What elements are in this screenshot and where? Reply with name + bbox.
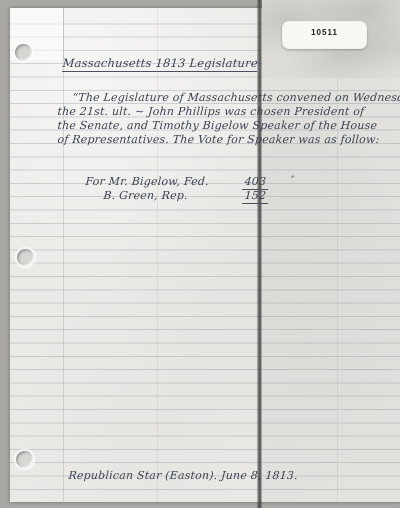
vote-candidate: B. Green, Rep. [103, 189, 188, 202]
catalog-number: 10511 [311, 28, 338, 37]
vote-candidate: For Mr. Bigelow, Fed. [85, 175, 209, 188]
source-citation: Republican Star (Easton). June 8, 1813. [68, 469, 298, 482]
vote-count: 403 [242, 175, 269, 190]
ditto-mark: ″ [290, 175, 295, 186]
vote-count: 152 [242, 189, 269, 204]
right-page-tint [262, 8, 400, 502]
scanned-page-backing: 10511 Massachusetts 1813 Legislature “Th… [0, 0, 400, 508]
paragraph-line: the Senate, and Timothy Bigelow Speaker … [57, 119, 378, 132]
notebook-paper: 10511 Massachusetts 1813 Legislature “Th… [10, 8, 400, 502]
punch-hole-top [15, 44, 32, 61]
catalog-label: 10511 [282, 21, 367, 49]
page-fold-line [257, 0, 262, 508]
punch-hole-middle [17, 249, 34, 266]
vertical-crease [157, 8, 158, 502]
page-title: Massachusetts 1813 Legislature [62, 56, 258, 72]
paragraph-line: “The Legislature of Massachusetts conven… [72, 91, 400, 104]
paragraph-line: of Representatives. The Vote for Speaker… [57, 133, 380, 146]
punch-hole-bottom [16, 451, 33, 468]
paragraph-line: the 21st. ult. ~ John Phillips was chose… [57, 105, 365, 118]
vertical-crease [63, 8, 64, 502]
